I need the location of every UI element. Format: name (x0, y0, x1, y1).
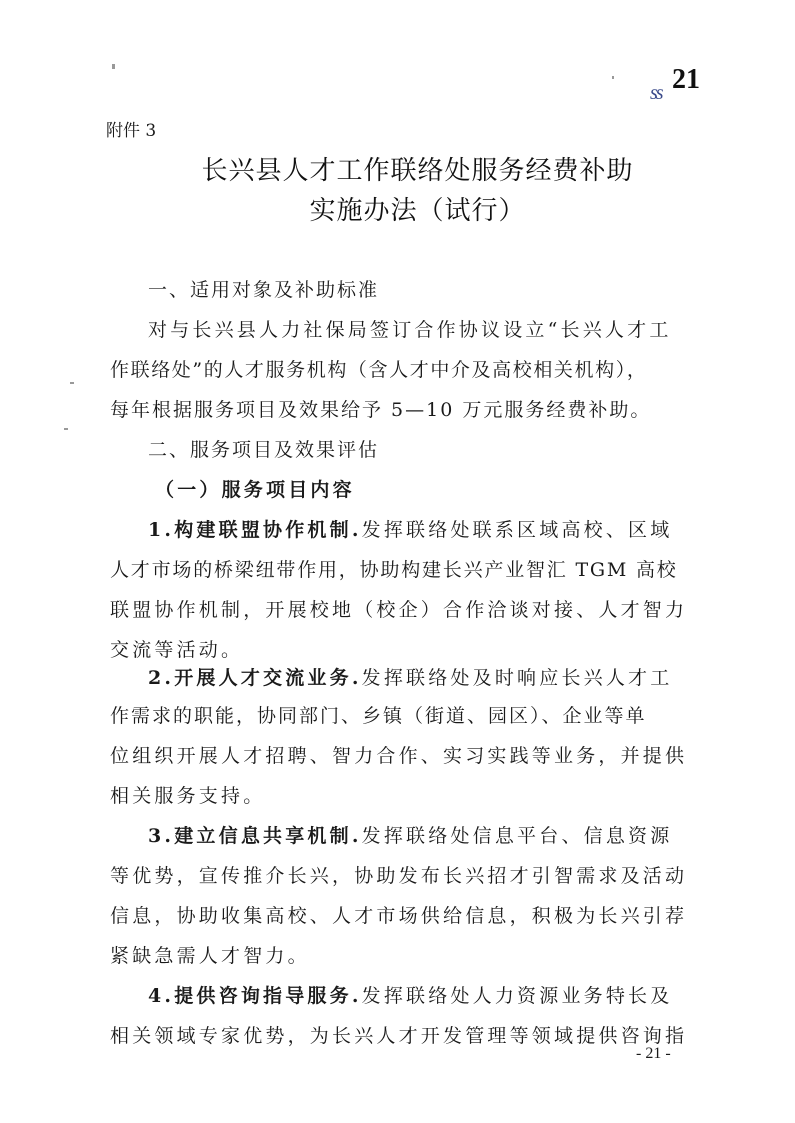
handwritten-mark: ss (650, 82, 662, 105)
item3-title: 3.建立信息共享机制. (148, 825, 362, 847)
paragraph-line: 位组织开展人才招聘、智力合作、实习实践等业务，并提供 (110, 744, 680, 768)
item3-line1: 3.建立信息共享机制.发挥联络处信息平台、信息资源 (148, 824, 718, 848)
document-title-line1: 长兴县人才工作联络处服务经费补助 (20, 150, 795, 187)
page-number: - 21 - (636, 1045, 671, 1063)
paragraph-line: 对与长兴县人力社保局签订合作协议设立“长兴人才工 (148, 318, 718, 342)
item2-line1: 2.开展人才交流业务.发挥联络处及时响应长兴人才工 (148, 666, 718, 690)
paragraph-line: 人才市场的桥梁纽带作用，协助构建长兴产业智汇 TGM 高校 (110, 558, 680, 582)
section1-heading: 一、适用对象及补助标准 (148, 278, 718, 302)
paragraph-line: 相关服务支持。 (110, 784, 680, 808)
paragraph-line: 作联络处”的人才服务机构（含人才中介及高校相关机构）， (110, 358, 680, 382)
section2-heading: 二、服务项目及效果评估 (148, 438, 718, 462)
item2-title: 2.开展人才交流业务. (148, 667, 362, 689)
paragraph-line: 紧缺急需人才智力。 (110, 944, 680, 968)
scan-speck (112, 64, 115, 69)
paragraph-line: 相关领域专家优势，为长兴人才开发管理等领域提供咨询指 (110, 1024, 680, 1048)
paragraph-line: 信息，协助收集高校、人才市场供给信息，积极为长兴引荐 (110, 904, 680, 928)
scan-speck (70, 382, 74, 384)
paragraph-line: 联盟协作机制，开展校地（校企）合作洽谈对接、人才智力 (110, 598, 680, 622)
paragraph-line: 作需求的职能，协同部门、乡镇（街道、园区）、企业等单 (110, 704, 680, 728)
attachment-label: 附件 3 (106, 116, 156, 141)
item1-line1: 1.构建联盟协作机制.发挥联络处联系区域高校、区域 (148, 518, 718, 542)
paragraph-line: 交流等活动。 (110, 638, 680, 662)
stamp-page-number: 21 (672, 64, 700, 96)
paragraph-line: 等优势，宣传推介长兴，协助发布长兴招才引智需求及活动 (110, 864, 680, 888)
item4-title: 4.提供咨询指导服务. (148, 985, 362, 1007)
subsection-heading: （一）服务项目内容 (155, 478, 725, 502)
item1-title: 1.构建联盟协作机制. (148, 519, 362, 541)
scan-speck (612, 76, 614, 79)
paragraph-line: 每年根据服务项目及效果给予 5—10 万元服务经费补助。 (110, 398, 680, 422)
item4-line1: 4.提供咨询指导服务.发挥联络处人力资源业务特长及 (148, 984, 718, 1008)
document-title-line2: 实施办法（试行） (20, 190, 795, 227)
scan-speck (64, 428, 68, 430)
